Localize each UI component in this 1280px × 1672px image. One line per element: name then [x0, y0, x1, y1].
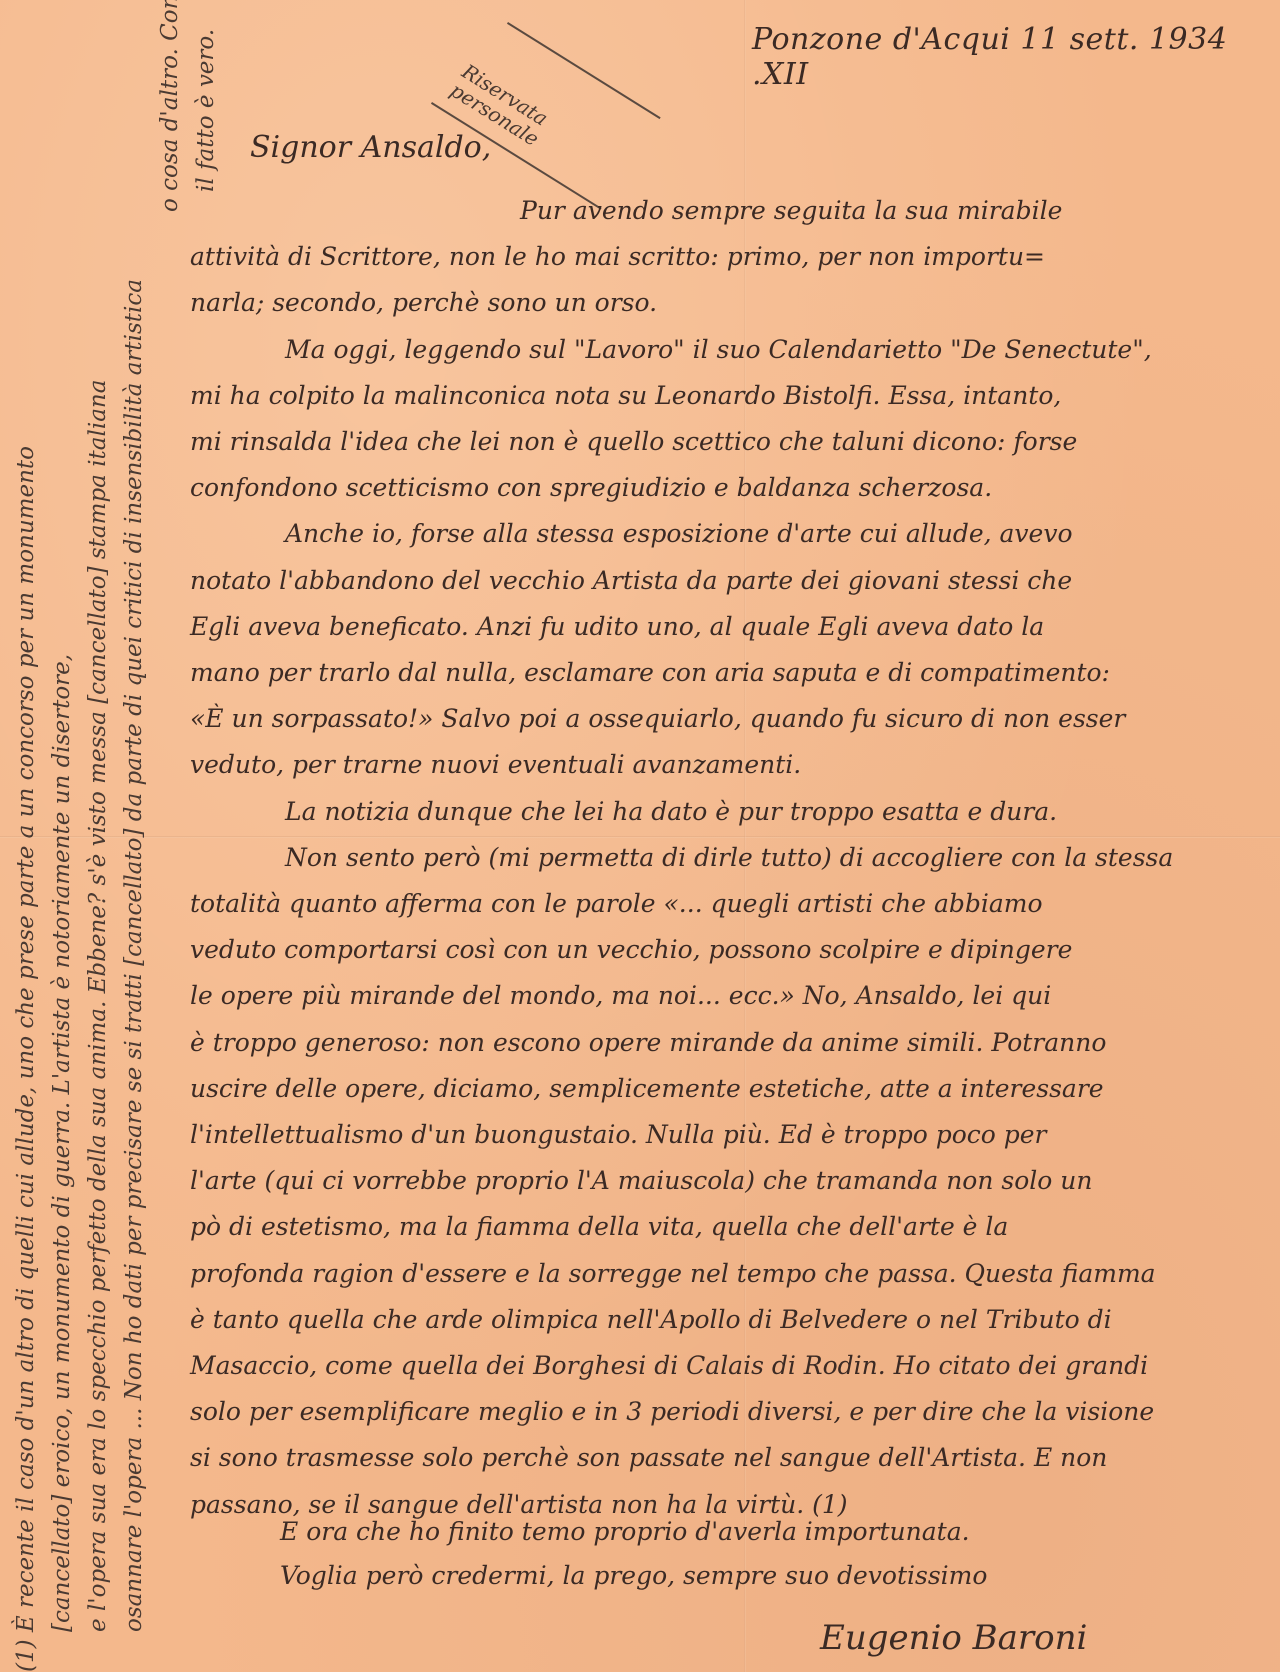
- body-line: Pur avendo sempre seguita la sua mirabil…: [190, 188, 1240, 234]
- footnote-line: [cancellato] eroico, un monumento di gue…: [44, 12, 80, 1672]
- salutation: Signor Ansaldo,: [250, 130, 491, 165]
- body-line: totalità quanto afferma con le parole «.…: [190, 881, 1240, 927]
- body-line: narla; secondo, perchè sono un orso.: [190, 280, 1240, 326]
- signature: Eugenio Baroni: [820, 1618, 1087, 1658]
- body-line: confondono scetticismo con spregiudizio …: [190, 465, 1240, 511]
- footnote-line: e l'opera sua era lo specchio perfetto d…: [80, 12, 116, 1672]
- body-line: Egli aveva beneficato. Anzi fu udito uno…: [190, 604, 1240, 650]
- letter-body: Pur avendo sempre seguita la sua mirabil…: [190, 188, 1240, 1528]
- body-line: le opere più mirande del mondo, ma noi..…: [190, 973, 1240, 1019]
- body-line: Masaccio, come quella dei Borghesi di Ca…: [190, 1343, 1240, 1389]
- body-line: è tanto quella che arde olimpica nell'Ap…: [190, 1297, 1240, 1343]
- closing-line: E ora che ho finito temo proprio d'averl…: [280, 1510, 987, 1554]
- body-line: profonda ragion d'essere e la sorregge n…: [190, 1251, 1240, 1297]
- body-line: solo per esemplificare meglio e in 3 per…: [190, 1389, 1240, 1435]
- body-line: «È un sorpassato!» Salvo poi a ossequiar…: [190, 696, 1240, 742]
- closing-line: Voglia però credermi, la prego, sempre s…: [280, 1554, 987, 1598]
- body-line: l'arte (qui ci vorrebbe proprio l'A maiu…: [190, 1158, 1240, 1204]
- footnote-line: o cosa d'altro. Comunque: [152, 12, 188, 1672]
- footnote-marker: (1): [13, 1639, 39, 1672]
- body-line: si sono trasmesse solo perchè son passat…: [190, 1435, 1240, 1481]
- footnote-line: osannare l'opera ... Non ho dati per pre…: [116, 12, 152, 1672]
- body-line: attività di Scrittore, non le ho mai scr…: [190, 234, 1240, 280]
- body-line: Anche io, forse alla stessa esposizione …: [190, 511, 1240, 557]
- body-line: Non sento però (mi permetta di dirle tut…: [190, 835, 1240, 881]
- footnote-line: (1) È recente il caso d'un altro di quel…: [8, 12, 44, 1672]
- body-line: veduto, per trarne nuovi eventuali avanz…: [190, 742, 1240, 788]
- body-line: mi ha colpito la malinconica nota su Leo…: [190, 373, 1240, 419]
- body-line: Ma oggi, leggendo sul "Lavoro" il suo Ca…: [190, 327, 1240, 373]
- body-line: pò di estetismo, ma la fiamma della vita…: [190, 1204, 1240, 1250]
- margin-footnote: (1) È recente il caso d'un altro di quel…: [8, 12, 224, 1672]
- body-line: l'intellettualismo d'un buongustaio. Nul…: [190, 1112, 1240, 1158]
- body-line: uscire delle opere, diciamo, semplicemen…: [190, 1066, 1240, 1112]
- footnote-line: il fatto è vero.: [188, 12, 224, 1672]
- body-line: La notizia dunque che lei ha dato è pur …: [190, 789, 1240, 835]
- body-line: mano per trarlo dal nulla, esclamare con…: [190, 650, 1240, 696]
- body-line: notato l'abbandono del vecchio Artista d…: [190, 558, 1240, 604]
- closing: E ora che ho finito temo proprio d'averl…: [280, 1510, 987, 1598]
- body-line: è troppo generoso: non escono opere mira…: [190, 1020, 1240, 1066]
- place-date: Ponzone d'Acqui 11 sett. 1934 .XII: [752, 22, 1280, 92]
- body-line: mi rinsalda l'idea che lei non è quello …: [190, 419, 1240, 465]
- body-line: veduto comportarsi così con un vecchio, …: [190, 927, 1240, 973]
